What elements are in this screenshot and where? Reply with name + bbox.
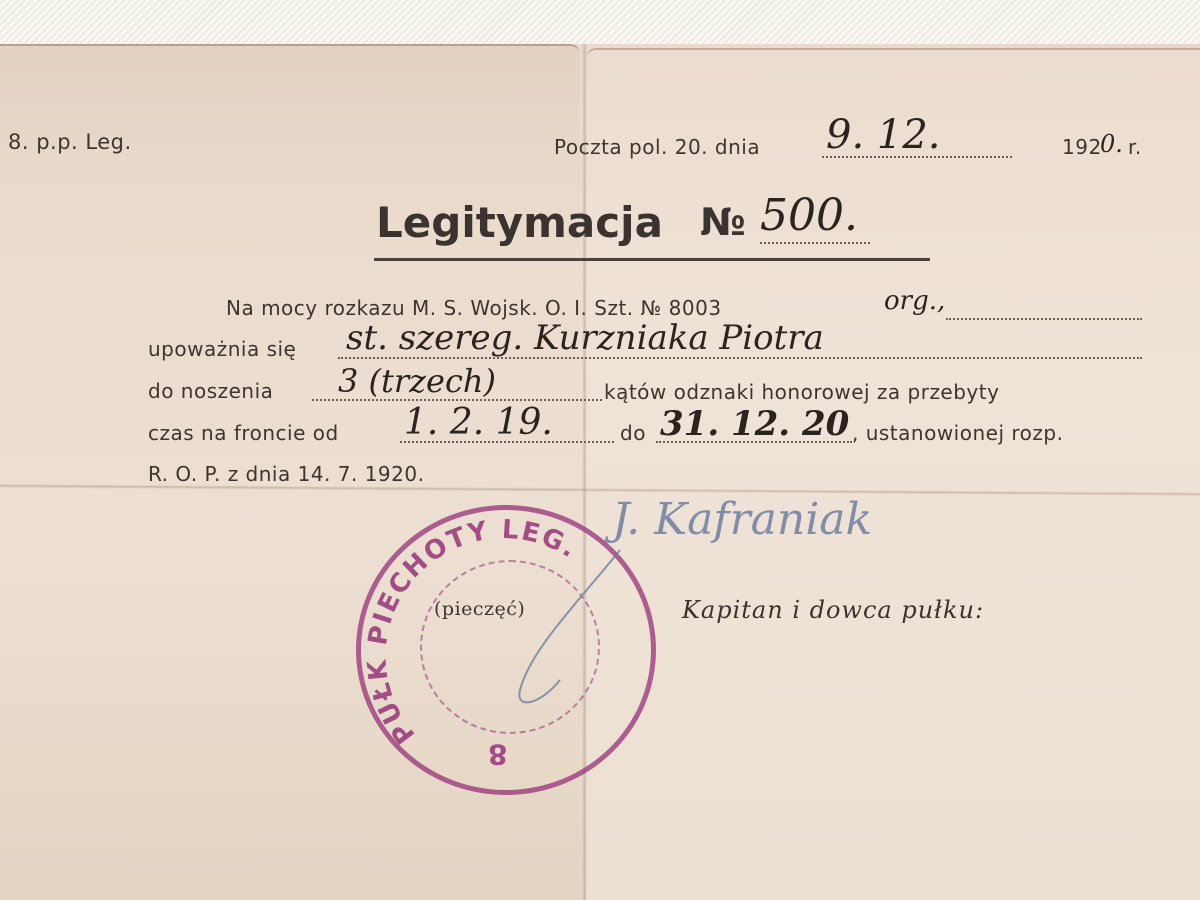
stamp-number: 8	[488, 738, 507, 771]
to-date-handwritten: 31. 12. 20	[660, 404, 849, 444]
order-reference: Na mocy rozkazu M. S. Wojsk. O. I. Szt. …	[226, 296, 722, 320]
background-cloth	[0, 0, 1200, 50]
to-wear-label: do noszenia	[148, 379, 273, 403]
from-date-handwritten: 1. 2. 19.	[404, 402, 553, 443]
badge-description: kątów odznaki honorowej za przebyty	[604, 380, 999, 404]
document-title: Legitymacja	[376, 198, 663, 247]
year-handwritten: 0.	[1100, 130, 1123, 158]
unit-label: 8. p.p. Leg.	[8, 130, 132, 154]
number-sign: №	[700, 200, 746, 244]
year-printed: 192	[1062, 135, 1102, 159]
number-handwritten: 500.	[760, 190, 858, 241]
soldier-name-handwritten: st. szereg. Kurzniaka Piotra	[346, 318, 824, 358]
authorizes-label: upoważnia się	[148, 337, 296, 361]
signature-flourish	[500, 540, 640, 720]
number-dotted-line	[760, 242, 870, 244]
date-handwritten: 9. 12.	[826, 112, 941, 158]
year-suffix: r.	[1128, 135, 1142, 159]
commander-signature: J. Kafraniak	[612, 494, 872, 545]
order-suffix-handwritten: org.,	[884, 286, 945, 316]
post-label: Poczta pol. 20. dnia	[554, 135, 760, 159]
front-time-label: czas na froncie od	[148, 421, 339, 445]
count-handwritten: 3 (trzech)	[338, 362, 496, 400]
signatory-title: Kapitan i dowca pułku:	[682, 596, 984, 624]
line1-dotted-line	[946, 318, 1142, 320]
regulation-date: R. O. P. z dnia 14. 7. 1920.	[148, 462, 424, 486]
established-label: , ustanowionej rozp.	[852, 421, 1063, 445]
to-label: do	[620, 421, 646, 445]
document-right-panel	[586, 48, 1200, 900]
title-underline	[374, 258, 930, 261]
